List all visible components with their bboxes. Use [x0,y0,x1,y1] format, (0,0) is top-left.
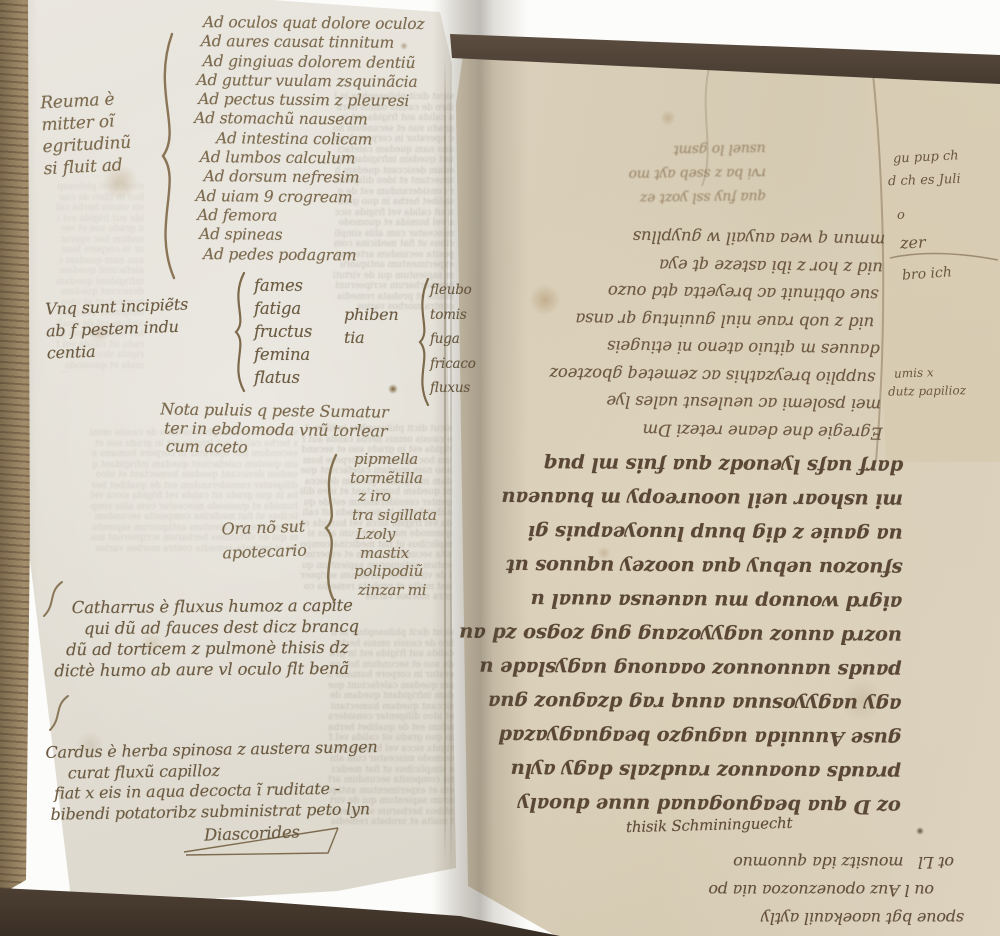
handwritten-line: fructus [254,320,312,343]
margin-note-reuma: Reuma è mitter oĩ egritudinũ si fluit ad [40,88,133,181]
handwritten-line: Ad uiam 9 crogream [195,187,423,208]
quinque-note: Vnq sunt incipiẽts ab f pestem indu cent… [45,294,190,365]
handwritten-line: z iro [358,487,437,506]
handwritten-line: Ad pedes podagram [203,245,423,266]
handwritten-line: sue obtinuit ac breyetta qtd ouzo [492,276,878,309]
handwritten-line: rvi ba z sseb ayt mo [556,161,766,188]
inverted-bottom-lines: spoue bgt uaoekauil aytly ou l Auz opoue… [468,848,964,932]
handwritten-line: Ad oculos quat dolore oculoz [203,13,425,34]
handwritten-line: tomis [430,303,476,328]
handwritten-line: mi ushoar ueil uooureopy m buaueau [467,480,903,517]
underleaf-fragment: d ch es Juli [888,172,961,190]
handwritten-line: agy uagyyosuua auuq rag dzaguoz gua [465,684,901,721]
cardus-paragraph: Cardus è herba spinosa z austera sumgen … [45,737,378,825]
handwritten-line: fleubo [430,278,476,303]
brace-stroke [226,270,252,394]
prohibentia-note: phiben tia [344,303,398,349]
handwritten-line: si fluit ad [43,154,133,181]
brace-stroke [314,452,344,604]
underline-stroke [886,248,1000,264]
handwritten-line: pipmella [354,450,437,469]
handwritten-line: darf uafs lyeuodz qua fuis ml puq [467,446,903,483]
handwritten-line: Ad stomachũ nauseam [194,109,424,130]
inverted-letter-block: Egregie dne deane retezi Dm mei psolemi … [490,217,885,446]
handwritten-line: ou l Auz opouezuozoa uia po [468,876,934,904]
handwritten-line: Ora nõ sut [221,515,306,542]
handwritten-line: fricaco [430,352,476,377]
faint-inverted-lines: qua fuy ssl yozt ez rvi ba z sseb ayt mo… [556,137,767,212]
handwritten-line: Ad gingiuas dolorem dentiũ [203,52,425,73]
handwritten-line: prauds auoauuoz raudzals dagy aylu [465,752,901,789]
handwritten-line: apotecario [222,539,307,566]
handwritten-line: qua fuy ssl yozt ez [556,185,766,212]
ad-list: Ad oculos quat dolore oculoz Ad aures ca… [191,13,425,266]
handwritten-line: guse Auuuida uagugzo beaguagyazad [465,718,901,755]
handwritten-line: uozrd auuoz uagyyozaug gug zogso zd au [466,616,902,653]
handwritten-line: Diascorides [204,822,300,844]
handwritten-line: Ad spineas [199,225,423,246]
handwritten-line: ot Ll mousitz ida quuomuo [468,848,954,876]
page-edge-line [444,56,446,864]
handwritten-line: fluxus [430,376,476,401]
handwritten-line: fames [254,274,312,297]
handwritten-line: flatus [254,366,312,389]
handwritten-line: sfuozou uebuy qua uoozey uquuos ut [466,548,902,585]
pen-mark [38,578,68,618]
prohibentia-list: fleubo tomis fuga fricaco fluxus [430,278,476,401]
handwritten-line: uid z uob raue niul guuintug qr ansa [492,304,874,337]
handwritten-line: phiben [344,303,398,326]
handwritten-line: Ad guttur vuulam zsquinãcia [196,71,424,92]
catharrus-paragraph: Catharrus è fluxus humoz a capite qui dũ… [54,595,360,682]
handwritten-line: ua gauie z dig buup luuoyeapuis gi [467,514,903,551]
quinque-list: fames fatiga fructus femina flatus [254,274,312,389]
brace-stroke [148,30,186,282]
handwritten-line: pauds uauuouuoz oaauoug uagyslade u [466,650,902,687]
apothecary-note: Ora nõ sut apotecario [221,515,307,566]
handwritten-line: tra sigillata [352,506,437,525]
handwritten-line: Ad femora [197,206,423,227]
handwritten-line: Lzoly [356,525,437,544]
handwritten-line: mastix [360,544,437,563]
handwritten-line: Egregie dne deane retezi Dm [490,414,882,447]
handwritten-line: Ad intestina colicam [216,129,424,150]
underleaf-fragment: umis x [894,365,934,380]
handwritten-line: polipodiũ [354,562,437,581]
handwritten-line: supplio breyzathis ac zemeteq gbozteoz [491,359,875,392]
handwritten-line: usuel lo gsmt [556,137,766,164]
handwritten-line: qui dũ ad fauces dest dicz brancq [84,616,359,639]
handwritten-line: tormẽtilla [350,469,437,488]
handwritten-line: Catharrus è fluxus humoz a capite [72,595,359,619]
apothecary-list: pipmella tormẽtilla z iro tra sigillata … [350,450,437,600]
handwritten-line: dictè humo ab aure vl oculo flt benã [54,658,359,682]
handwritten-line: mei psolemi ac ueulesut uales lye [491,386,881,419]
page-edge-line [450,60,452,878]
handwritten-line: femina [254,343,312,366]
handwritten-line: Ad lumbos calculum [200,148,424,169]
pen-mark [44,692,74,732]
underleaf-fragment: o [897,208,905,223]
handwritten-line: dũ ad torticem z pulmonè thisis dz [66,637,359,661]
handwritten-line: fuga [430,327,476,352]
dioscorides-signature: Diascorides [204,822,300,844]
handwritten-line: aigrd wouuop mu uaueusa auual u [466,582,902,619]
handwritten-line: Ad pectus tussim z pleuresi [198,90,424,111]
inverted-main-block: oz D qua beaguogauad uuue duoaly prauds … [465,442,904,823]
underleaf-fragment: dutz papilioz [888,383,966,398]
handwritten-line: uid z hor z ibi asteze qt eya [493,249,883,282]
manuscript-book-photo: sicut dicit philosophus in libro de caus… [0,0,1000,936]
handwritten-line: mmun q wea auyail w guypllus [493,221,885,254]
handwritten-line: Ad dorsum nefresim [204,167,424,188]
handwritten-line: zinzar mi [358,581,437,600]
handwritten-line: Ad aures causat tinnitum [201,32,425,53]
handwritten-line: tia [344,326,398,349]
handwritten-line: fatiga [254,297,312,320]
handwritten-line: spoue bgt uaoekauil aytly [468,904,964,932]
